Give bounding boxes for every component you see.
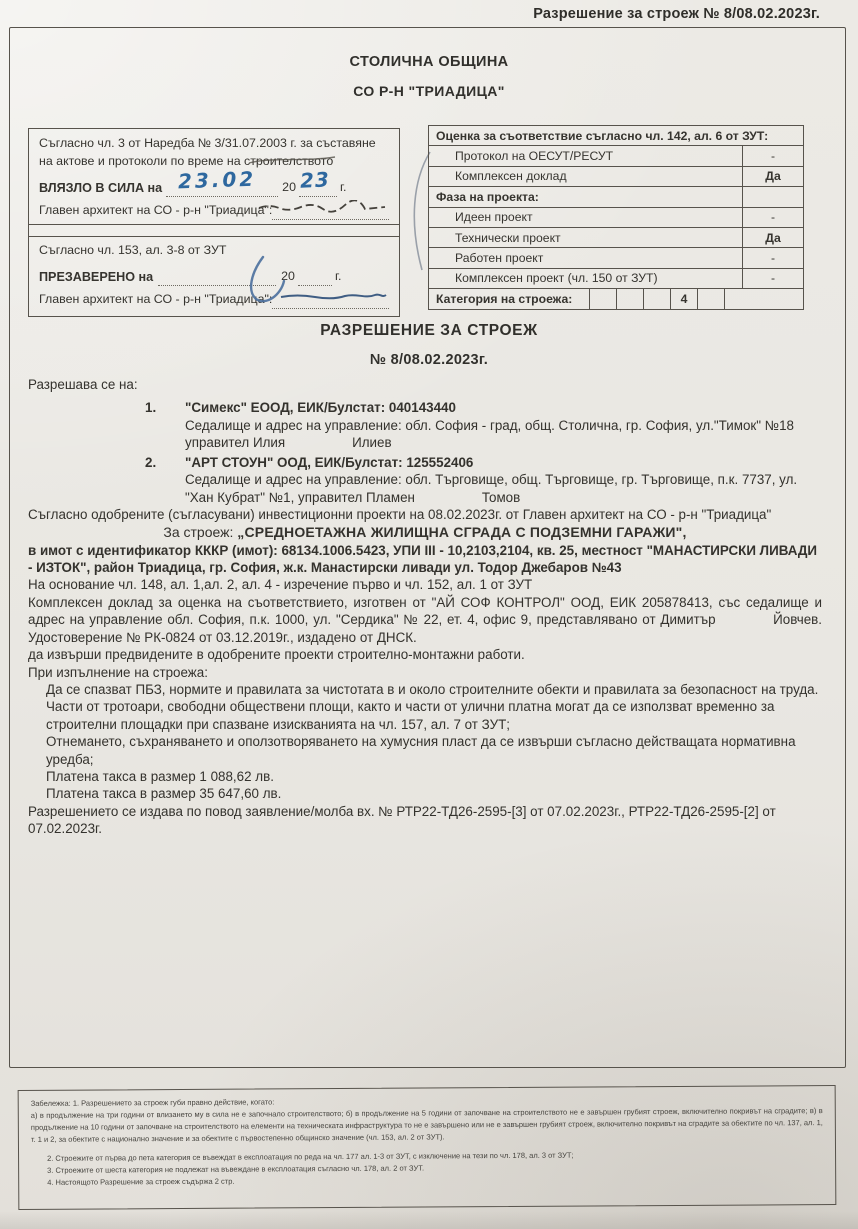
table-header-row: Оценка за съответствие съгласно чл. 142,…: [429, 126, 803, 145]
permit-holder-item: 2. "АРТ СТОУН" ООД, ЕИК/Булстат: 1255524…: [28, 454, 822, 506]
table-row: Комплексен проект (чл. 150 от ЗУТ) -: [429, 268, 803, 288]
municipality-title: СТОЛИЧНА ОБЩИНА: [0, 54, 858, 70]
item-number: 1.: [145, 399, 185, 451]
signature-scribble-blue: [279, 289, 389, 303]
district-title: СО Р-Н "ТРИАДИЦА": [0, 83, 858, 99]
entered-label: ВЛЯЗЛО В СИЛА на: [39, 179, 162, 197]
signature-scribble-dark: [257, 200, 389, 214]
category-value: [724, 289, 784, 308]
architect-signature-line-1: Главен архитект на СО - р-н "Триадица":: [39, 202, 389, 220]
company-name-eik: "АРТ СТОУН" ООД, ЕИК/Булстат: 125552406: [185, 455, 473, 470]
fee-paid-line-2: Платена такса в размер 35 647,60 лв.: [28, 785, 822, 802]
company-address: Седалище и адрес на управление: обл. Тър…: [185, 472, 797, 504]
application-reference-paragraph: Разрешението се издава по повод заявлени…: [28, 803, 822, 838]
revalidation-section: Съгласно чл. 153, ал. 3-8 от ЗУТ ПРЕЗАВЕ…: [29, 237, 399, 316]
item-text: "АРТ СТОУН" ООД, ЕИК/Булстат: 125552406 …: [185, 454, 822, 506]
revalidation-year-suffix: г.: [335, 268, 341, 286]
row-label: Протокол на ОЕСУТ/РЕСУТ: [429, 149, 742, 163]
permit-to-line: Разрешава се на:: [28, 376, 822, 393]
company-address: Седалище и адрес на управление: обл. Соф…: [185, 418, 794, 433]
company-manager: управител Илия Илиев: [185, 435, 392, 450]
signature-dotted-line-1: [272, 206, 389, 220]
row-value: Да: [742, 167, 803, 186]
category-label: Категория на строежа:: [429, 292, 589, 306]
date-dotted-line: 23.02: [166, 183, 278, 197]
fee-paid-line-1: Платена такса в размер 1 088,62 лв.: [28, 768, 822, 785]
document-body: Разрешава се на: 1. "Симекс" ЕООД, ЕИК/Б…: [28, 376, 822, 838]
construction-name-line: За строеж: „СРЕДНОЕТАЖНА ЖИЛИЩНА СГРАДА …: [28, 523, 822, 541]
row-value: [742, 187, 803, 206]
row-label: Технически проект: [429, 231, 742, 245]
table-row: Комплексен доклад Да: [429, 166, 803, 186]
row-label: Комплексен проект (чл. 150 от ЗУТ): [429, 271, 742, 285]
entry-into-force-section: Съгласно чл. 3 от Наредба № 3/31.07.2003…: [29, 129, 399, 225]
year-prefix: 20: [282, 179, 296, 197]
za-stroezh-prefix: За строеж:: [163, 524, 233, 540]
row-label: Идеен проект: [429, 210, 742, 224]
execution-paragraph: да извърши предвидените в одобрените про…: [28, 646, 822, 663]
document-reference-header: Разрешение за строеж № 8/08.02.2023г.: [533, 6, 820, 22]
table-row: Работен проект -: [429, 247, 803, 267]
architect-signature-line-2: Главен архитект на СО - р-н "Триадица":: [39, 291, 389, 309]
footnotes-box: Забележка: 1. Разрешението за строеж губ…: [18, 1085, 837, 1210]
row-value: -: [742, 248, 803, 267]
revalidation-year-dotted-line: [298, 272, 332, 286]
signature-dotted-line-2: [272, 295, 389, 309]
category-row: Категория на строежа: 4: [429, 288, 803, 308]
property-identification-paragraph: в имот с идентификатор КККР (имот): 6813…: [28, 542, 822, 577]
table-row: Идеен проект -: [429, 207, 803, 227]
architect-label-1: Главен архитект на СО - р-н "Триадица":: [39, 202, 272, 220]
during-construction-title: При изпълнение на строежа:: [28, 664, 822, 681]
row-label: Комплексен доклад: [429, 169, 742, 183]
row-value: -: [742, 146, 803, 165]
handwritten-date: 23.02: [178, 165, 257, 197]
category-cell-selected: 4: [670, 289, 697, 308]
category-cell: [616, 289, 643, 308]
conformity-assessment-table: Оценка за съответствие съгласно чл. 142,…: [428, 125, 804, 310]
row-label: Работен проект: [429, 251, 742, 265]
handwritten-year: 23: [299, 165, 330, 196]
approved-projects-paragraph: Съгласно одобрените (съгласувани) инвест…: [28, 506, 822, 523]
table-row: Протокол на ОЕСУТ/РЕСУТ -: [429, 145, 803, 165]
box-divider-gap: [29, 225, 399, 237]
construction-name: „СРЕДНОЕТАЖНА ЖИЛИЩНА СГРАДА С ПОДЗЕМНИ …: [237, 524, 686, 540]
item-text: "Симекс" ЕООД, ЕИК/Булстат: 040143440 Се…: [185, 399, 822, 451]
permit-title: РАЗРЕШЕНИЕ ЗА СТРОЕЖ: [0, 322, 858, 340]
scan-shadow-bottom: [0, 1211, 858, 1229]
row-label: Фаза на проекта:: [429, 190, 742, 204]
during-construction-item: Части от тротоари, свободни обществени п…: [28, 698, 822, 733]
during-construction-item: Да се спазват ПБЗ, нормите и правилата з…: [28, 681, 822, 698]
law-reference-153: Съгласно чл. 153, ал. 3-8 от ЗУТ: [39, 242, 389, 260]
entry-into-force-box: Съгласно чл. 3 от Наредба № 3/31.07.2003…: [28, 128, 400, 317]
permit-number: № 8/08.02.2023г.: [0, 352, 858, 368]
conformity-report-paragraph: Комплексен доклад за оценка на съответст…: [28, 594, 822, 646]
revalidated-label: ПРЕЗАВЕРЕНО на: [39, 268, 153, 286]
row-value: -: [742, 208, 803, 227]
legal-grounds-paragraph: На основание чл. 148, ал. 1,ал. 2, ал. 4…: [28, 576, 822, 593]
item-number: 2.: [145, 454, 185, 506]
category-cell: [643, 289, 670, 308]
during-construction-item: Отнемането, съхраняването и оползотворяв…: [28, 733, 822, 768]
law-reference-line1: Съгласно чл. 3 от Наредба № 3/31.07.2003…: [39, 135, 389, 153]
category-cell: [589, 289, 616, 308]
permit-holder-item: 1. "Симекс" ЕООД, ЕИК/Булстат: 040143440…: [28, 399, 822, 451]
company-name-eik: "Симекс" ЕООД, ЕИК/Булстат: 040143440: [185, 400, 456, 415]
table-row: Технически проект Да: [429, 227, 803, 247]
footnote-1-body: а) в продължение на три години от влизан…: [31, 1105, 823, 1146]
revalidated-line: ПРЕЗАВЕРЕНО на 20 г.: [39, 268, 389, 286]
category-cell: [697, 289, 724, 308]
entered-into-force-line: ВЛЯЗЛО В СИЛА на 23.02 20 23 г.: [39, 179, 389, 197]
year-dotted-line: 23: [299, 183, 337, 197]
table-row: Фаза на проекта:: [429, 186, 803, 206]
table-header-label: Оценка за съответствие съгласно чл. 142,…: [429, 129, 803, 143]
row-value: -: [742, 269, 803, 288]
year-suffix: г.: [340, 179, 346, 197]
row-value: Да: [742, 228, 803, 247]
